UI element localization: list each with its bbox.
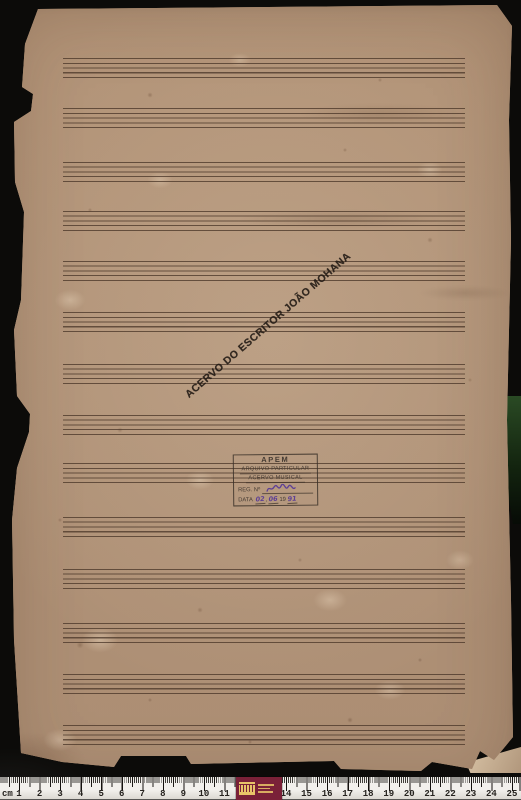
manuscript-paper: ACERVO DO ESCRITOR JOÃO MOHANA APEM ARQU…: [0, 0, 521, 800]
scribble-icon: [266, 483, 296, 492]
ruler-number: 6: [119, 789, 124, 799]
date-century-printed: 19: [279, 497, 286, 504]
ruler-number: 11: [219, 789, 230, 799]
archive-registration-stamp: APEM ARQUIVO PARTICULAR ACERVO MUSICAL R…: [233, 454, 319, 507]
ink-smudge: [240, 210, 440, 228]
staff: [63, 58, 465, 78]
ruler-number: 2: [37, 789, 42, 799]
ruler-unit-label: cm: [2, 789, 13, 799]
ruler-number: 16: [322, 789, 333, 799]
ruler-number: 8: [160, 789, 165, 799]
date-month-handwritten: 06: [268, 496, 278, 505]
ruler-number: 18: [363, 789, 374, 799]
cm-ruler: cm 1234567891011121314151617181920212223…: [0, 777, 521, 800]
ruler-number: 25: [507, 789, 518, 799]
ruler-number: 24: [486, 789, 497, 799]
ruler-number: 3: [57, 789, 62, 799]
scan-background: ACERVO DO ESCRITOR JOÃO MOHANA APEM ARQU…: [0, 0, 521, 800]
ruler-number: 7: [140, 789, 145, 799]
staff: [63, 517, 465, 537]
ruler-number: 23: [465, 789, 476, 799]
ruler-number: 5: [98, 789, 103, 799]
staff: [63, 674, 465, 694]
staff: [63, 415, 465, 435]
date-label: DATA: [238, 497, 253, 504]
stamp-reg-row: REG. Nº: [234, 485, 317, 494]
building-icon: [239, 782, 255, 795]
stamp-subtitle-1: ARQUIVO PARTICULAR: [234, 465, 317, 474]
ruler-number: 9: [181, 789, 186, 799]
ink-smudge: [300, 104, 460, 124]
staff: [63, 162, 465, 182]
ruler-number: 19: [383, 789, 394, 799]
ruler-number: 14: [281, 789, 292, 799]
ruler-number: 15: [301, 789, 312, 799]
reg-label: REG. Nº: [238, 487, 260, 494]
ruler-number: 22: [445, 789, 456, 799]
staff: [63, 725, 465, 745]
stamp-date-row: DATA 02 , 06 19 91: [234, 496, 317, 505]
logo-text-lines: [258, 782, 279, 795]
staff: [63, 623, 465, 643]
stamp-title: APEM: [234, 456, 317, 465]
ruler-number: 4: [78, 789, 83, 799]
archive-logo-block: [236, 777, 282, 800]
staff: [63, 261, 465, 281]
ruler-number: 1: [16, 789, 21, 799]
reg-scribble: [262, 485, 313, 494]
ruler-number: 17: [342, 789, 353, 799]
ruler-number: 10: [198, 789, 209, 799]
date-day-handwritten: 02: [255, 496, 265, 505]
staff: [63, 364, 465, 384]
ruler-number: 20: [404, 789, 415, 799]
staff: [63, 569, 465, 589]
stamp-subtitle-2: ACERVO MUSICAL: [234, 475, 317, 484]
ruler-number: 21: [424, 789, 435, 799]
date-year-handwritten: 91: [287, 496, 297, 505]
ink-smudge: [420, 286, 510, 300]
